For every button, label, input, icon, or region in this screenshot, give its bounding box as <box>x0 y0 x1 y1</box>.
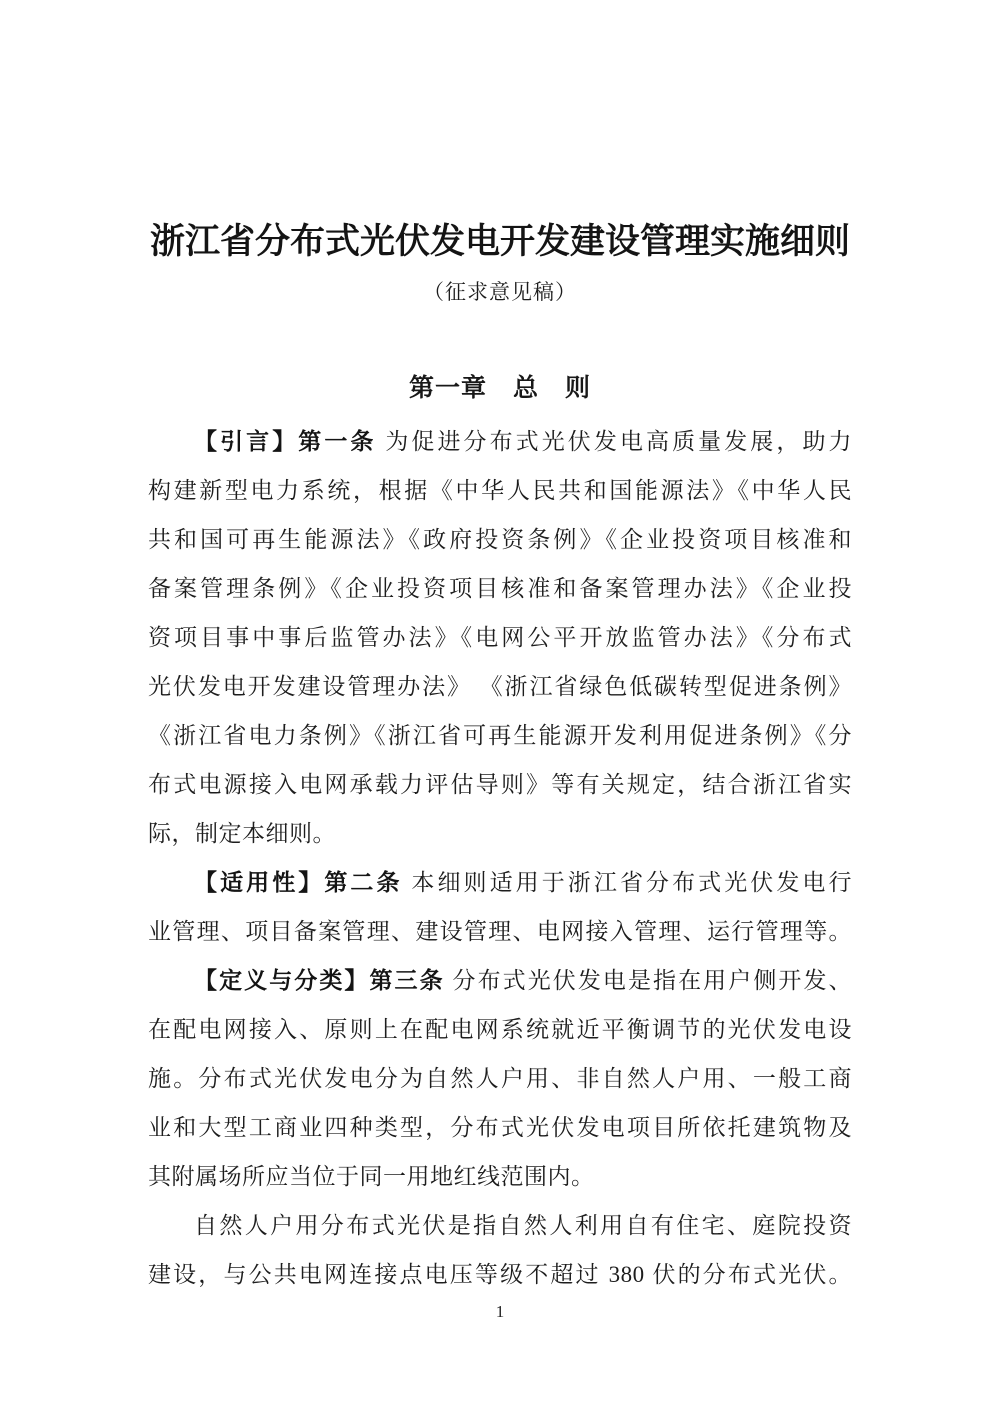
body-run: 资项目事中事后监管办法》《电网公平开放监管办法》《分布式 <box>148 625 852 650</box>
body-run: 分布式光伏发电是指在用户侧开发、 <box>445 968 852 993</box>
doc-subtitle: （征求意见稿） <box>0 277 1000 307</box>
body-run: 备案管理条例》《企业投资项目核准和备案管理办法》《企业投 <box>148 576 852 601</box>
body-run: 自然人户用分布式光伏是指自然人利用自有住宅、庭院投资 <box>194 1213 852 1238</box>
body-run: 业管理、项目备案管理、建设管理、电网接入管理、运行管理等。 <box>148 919 852 944</box>
body-line: 【定义与分类】第三条 分布式光伏发电是指在用户侧开发、 <box>148 956 852 1005</box>
body-run: 本细则适用于浙江省分布式光伏发电行 <box>403 870 852 895</box>
body-line: 际，制定本细则。 <box>148 809 852 858</box>
body-line: 共和国可再生能源法》《政府投资条例》《企业投资项目核准和 <box>148 515 852 564</box>
body-run: 际，制定本细则。 <box>148 821 336 846</box>
body-run: 光伏发电开发建设管理办法》 《浙江省绿色低碳转型促进条例》 <box>148 674 852 699</box>
chapter-heading: 第一章 总 则 <box>0 372 1000 404</box>
body-line: 布式电源接入电网承载力评估导则》等有关规定，结合浙江省实 <box>148 760 852 809</box>
body-run: 其附属场所应当位于同一用地红线范围内。 <box>148 1164 595 1189</box>
clause-label: 【引言】第一条 <box>194 428 377 454</box>
body-run: 共和国可再生能源法》《政府投资条例》《企业投资项目核准和 <box>148 527 852 552</box>
body-run: 建设，与公共电网连接点电压等级不超过 380 伏的分布式光伏。 <box>148 1262 852 1287</box>
body-line: 构建新型电力系统，根据《中华人民共和国能源法》《中华人民 <box>148 466 852 515</box>
document-page: 浙江省分布式光伏发电开发建设管理实施细则 （征求意见稿） 第一章 总 则 【引言… <box>0 0 1000 1414</box>
page-number: 1 <box>0 1300 1000 1324</box>
body-run: 《浙江省电力条例》《浙江省可再生能源开发利用促进条例》《分 <box>148 723 852 748</box>
body-line: 备案管理条例》《企业投资项目核准和备案管理办法》《企业投 <box>148 564 852 613</box>
body-run: 业和大型工商业四种类型，分布式光伏发电项目所依托建筑物及 <box>148 1115 852 1140</box>
doc-title: 浙江省分布式光伏发电开发建设管理实施细则 <box>0 221 1000 263</box>
body-run: 在配电网接入、原则上在配电网系统就近平衡调节的光伏发电设 <box>148 1017 852 1042</box>
body-run: 布式电源接入电网承载力评估导则》等有关规定，结合浙江省实 <box>148 772 852 797</box>
clause-label: 【适用性】第二条 <box>194 869 403 895</box>
body-line: 施。分布式光伏发电分为自然人户用、非自然人户用、一般工商 <box>148 1054 852 1103</box>
body-run: 施。分布式光伏发电分为自然人户用、非自然人户用、一般工商 <box>148 1066 852 1091</box>
body-run: 为促进分布式光伏发电高质量发展，助力 <box>377 429 853 454</box>
body-line: 【适用性】第二条 本细则适用于浙江省分布式光伏发电行 <box>148 858 852 907</box>
clause-label: 【定义与分类】第三条 <box>194 967 445 993</box>
body-line: 其附属场所应当位于同一用地红线范围内。 <box>148 1152 852 1201</box>
body-line: 在配电网接入、原则上在配电网系统就近平衡调节的光伏发电设 <box>148 1005 852 1054</box>
body-line: 光伏发电开发建设管理办法》 《浙江省绿色低碳转型促进条例》 <box>148 662 852 711</box>
body-line: 业和大型工商业四种类型，分布式光伏发电项目所依托建筑物及 <box>148 1103 852 1152</box>
body-line: 业管理、项目备案管理、建设管理、电网接入管理、运行管理等。 <box>148 907 852 956</box>
body-line: 【引言】第一条 为促进分布式光伏发电高质量发展，助力 <box>148 417 852 466</box>
body-line: 《浙江省电力条例》《浙江省可再生能源开发利用促进条例》《分 <box>148 711 852 760</box>
body-text: 【引言】第一条 为促进分布式光伏发电高质量发展，助力构建新型电力系统，根据《中华… <box>148 417 852 1299</box>
body-line: 资项目事中事后监管办法》《电网公平开放监管办法》《分布式 <box>148 613 852 662</box>
body-run: 构建新型电力系统，根据《中华人民共和国能源法》《中华人民 <box>148 478 852 503</box>
body-line: 建设，与公共电网连接点电压等级不超过 380 伏的分布式光伏。 <box>148 1250 852 1299</box>
body-line: 自然人户用分布式光伏是指自然人利用自有住宅、庭院投资 <box>148 1201 852 1250</box>
